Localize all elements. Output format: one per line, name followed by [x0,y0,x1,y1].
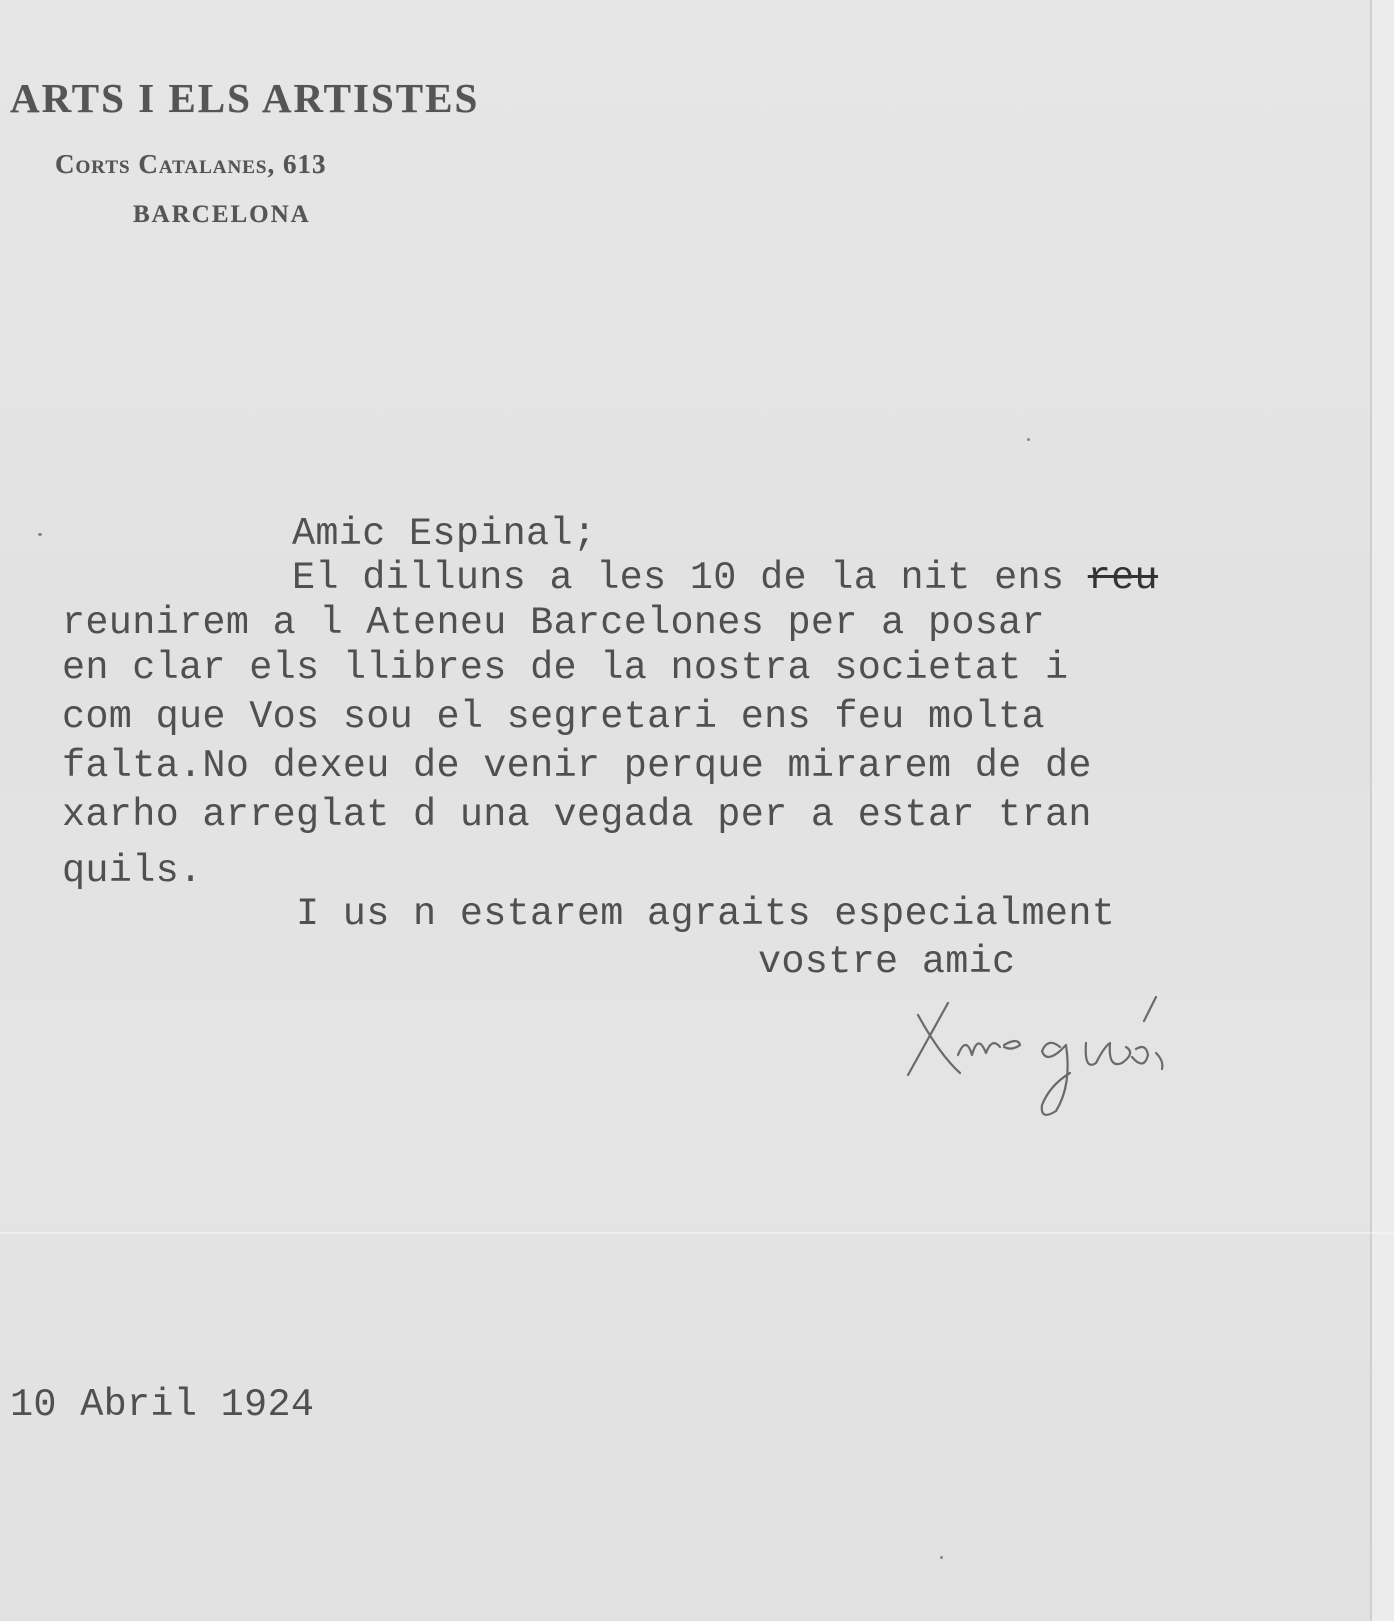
body-line-3: en clar els llibres de la nostra societa… [62,646,1068,690]
valediction: vostre amic [758,940,1015,984]
letter-date: 10 Abril 1924 [10,1383,314,1427]
handwritten-signature [900,985,1260,1125]
ink-speck [940,1556,943,1559]
closing-line: I us n estarem agraits especialment [296,892,1115,936]
body-line-7: quils. [62,849,202,893]
body-line-4: com que Vos sou el segretari ens feu mol… [62,695,1045,739]
body-line-2: reunirem a l Ateneu Barcelones per a pos… [62,601,1045,645]
paper-edge-strip [1372,0,1394,1621]
body-line-5: falta.No dexeu de venir perque mirarem d… [62,744,1092,788]
letterhead-address: Corts Catalanes, 613 [55,149,326,180]
body-line-1-text: El dilluns a les 10 de la nit ens [292,556,1088,600]
letter-paper: ARTS I ELS ARTISTES Corts Catalanes, 613… [0,0,1394,1621]
ink-speck [1027,438,1030,441]
salutation: Amic Espinal; [292,512,596,556]
body-line-6: xarho arreglat d una vegada per a estar … [62,793,1092,837]
struck-text: reu [1088,556,1158,600]
ink-speck [38,533,42,536]
letterhead-name: ARTS I ELS ARTISTES [10,74,479,122]
letterhead-city: BARCELONA [133,201,311,229]
paper-fold [0,1232,1394,1234]
body-line-1: El dilluns a les 10 de la nit ens reu [292,556,1158,600]
